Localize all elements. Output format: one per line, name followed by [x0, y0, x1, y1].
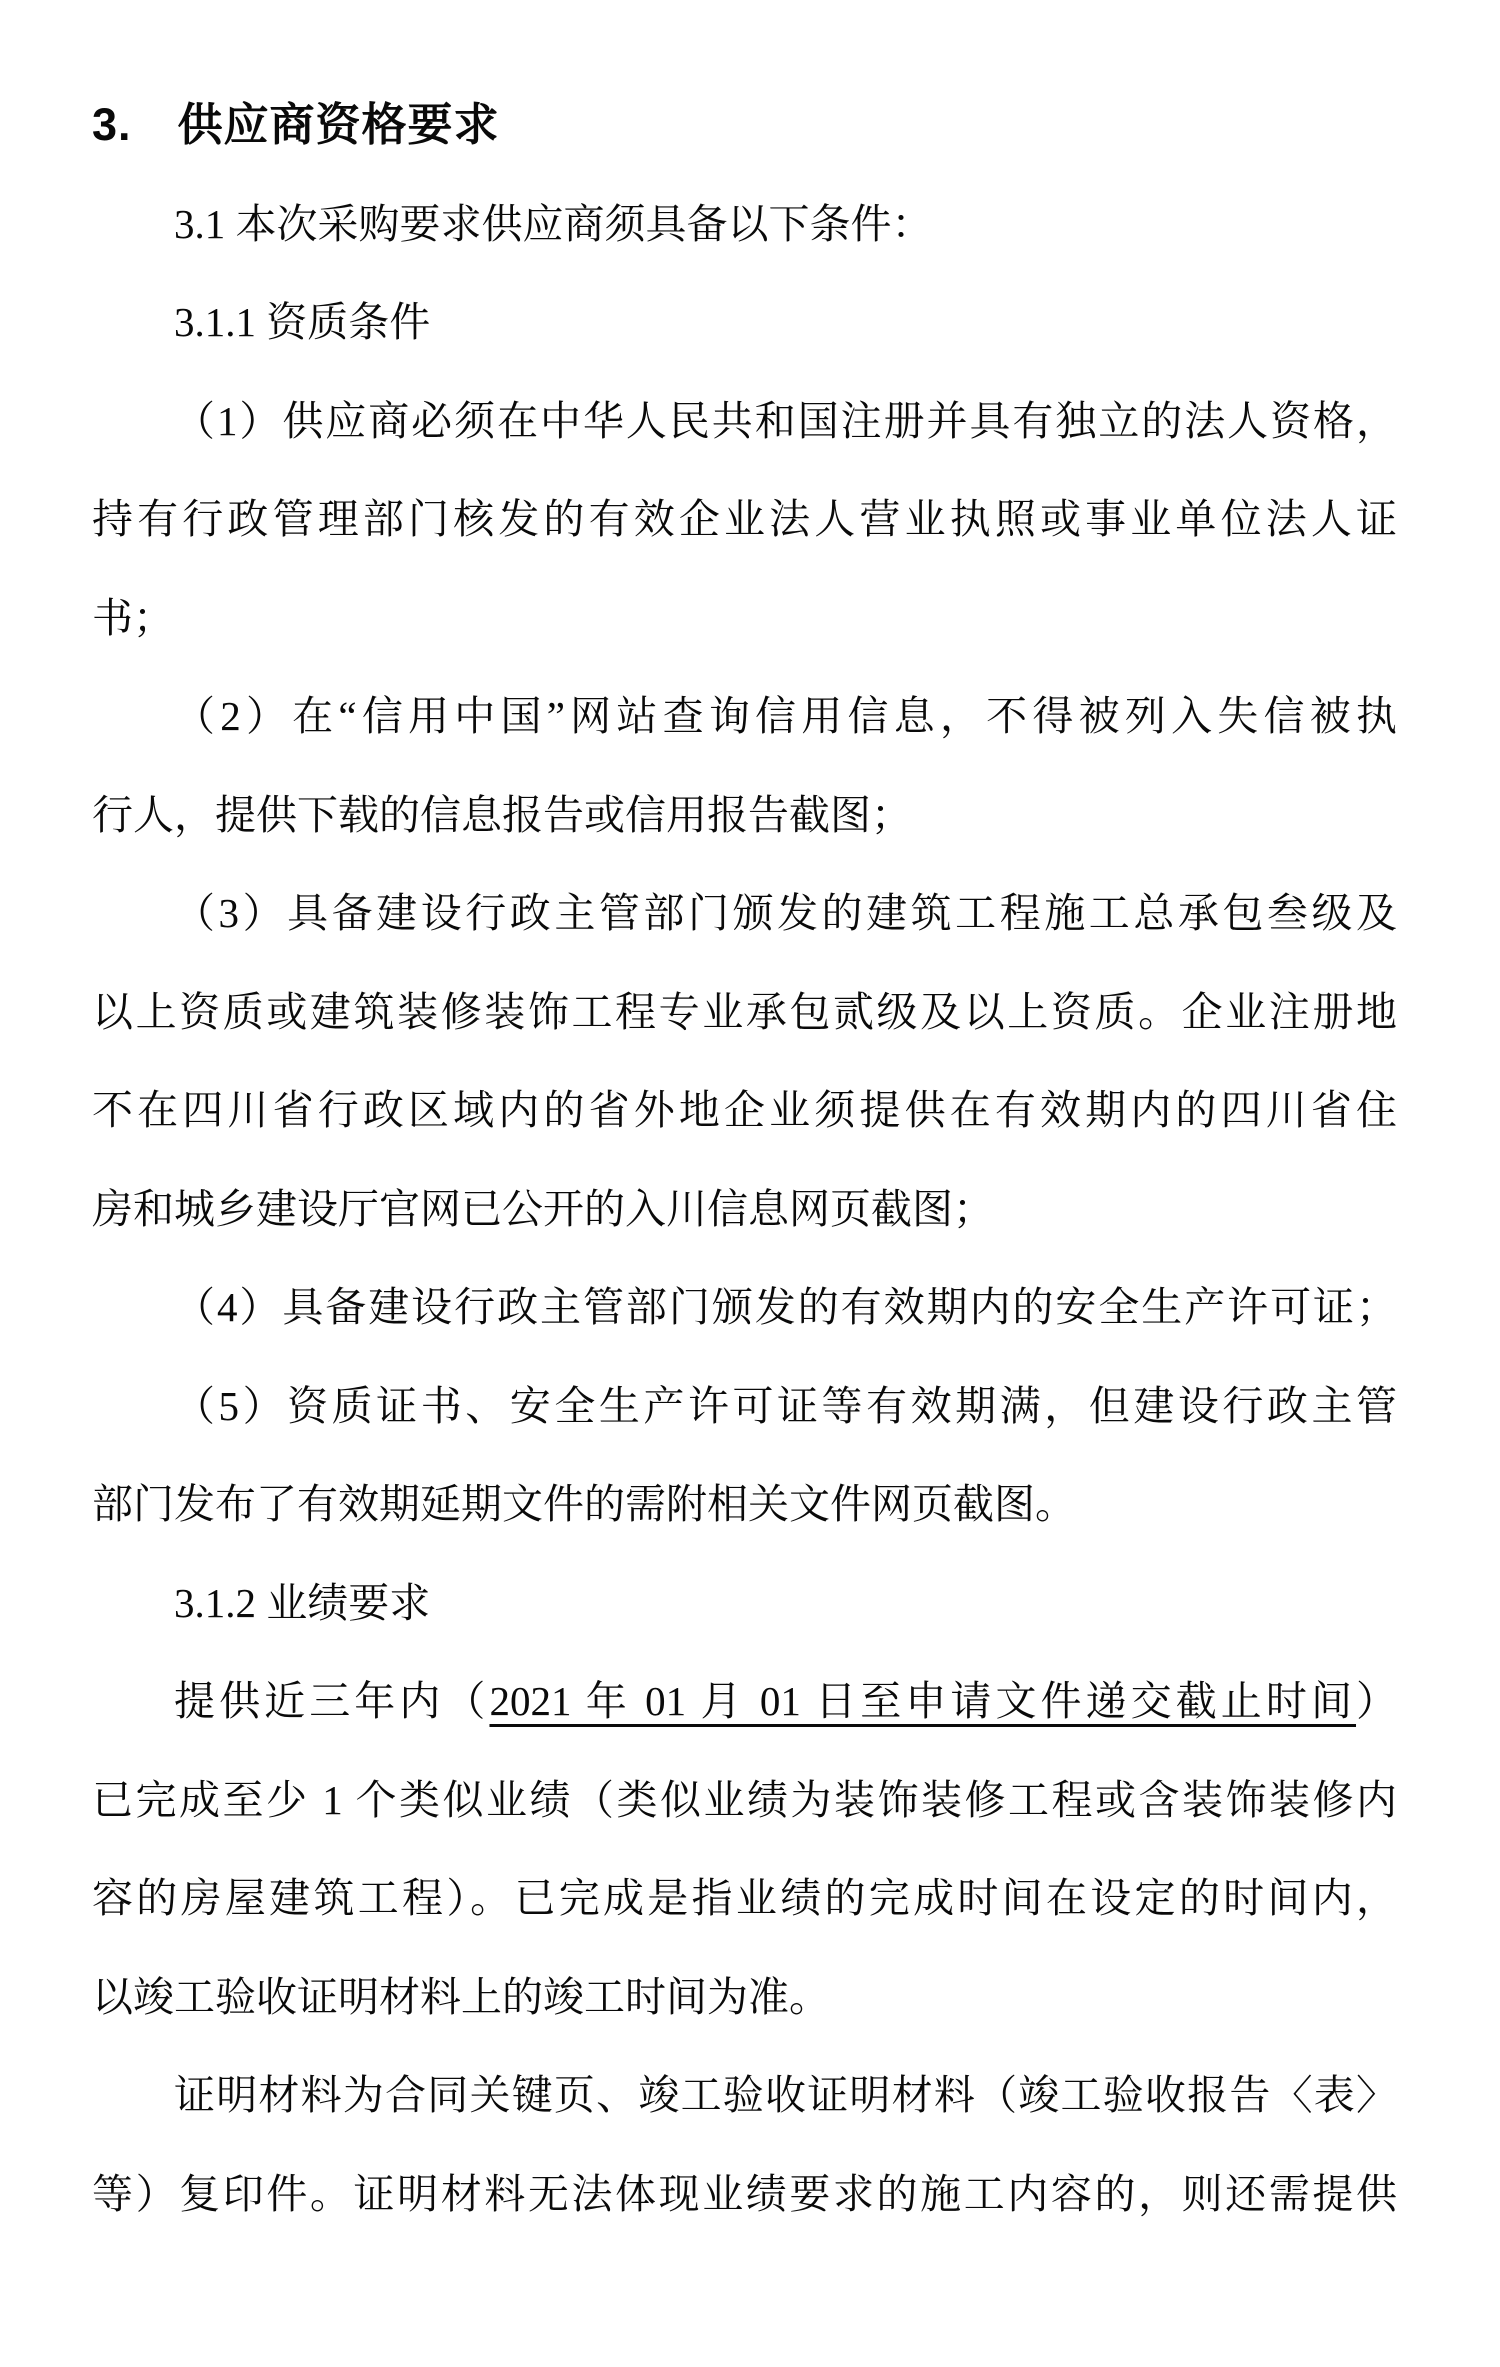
text-run: （5）资质证书、安全生产许可证等有效期满，但建设行政主管	[174, 1383, 1397, 1429]
qualification-item-2-line-2: 行人，提供下载的信息报告或信用报告截图；	[92, 766, 1397, 865]
text-run: 持有行政管理部门核发的有效企业法人营业执照或事业单位法人证	[92, 496, 1397, 542]
qualification-item-4-line-1: （4）具备建设行政主管部门颁发的有效期内的安全生产许可证；	[92, 1258, 1397, 1357]
text-run: 3.1 本次采购要求供应商须具备以下条件：	[174, 201, 933, 247]
text-run: 部门发布了有效期延期文件的需附相关文件网页截图。	[92, 1481, 1076, 1527]
text-run: 3.1.2 业绩要求	[174, 1580, 430, 1626]
qualification-item-3-line-1: （3）具备建设行政主管部门颁发的建筑工程施工总承包叁级及	[92, 864, 1397, 963]
clause-3-1: 3.1 本次采购要求供应商须具备以下条件：	[92, 175, 1397, 274]
text-run: 房和城乡建设厅官网已公开的入川信息网页截图；	[92, 1186, 994, 1232]
text-run: 等）复印件。证明材料无法体现业绩要求的施工内容的，则还需提供	[92, 2171, 1397, 2217]
evidence-material-line-1: 证明材料为合同关键页、竣工验收证明材料（竣工验收报告〈表〉	[92, 2046, 1397, 2145]
text-run: （3）具备建设行政主管部门颁发的建筑工程施工总承包叁级及	[174, 890, 1397, 936]
text-run: 证明材料为合同关键页、竣工验收证明材料（竣工验收报告〈表〉	[174, 2072, 1397, 2118]
underlined-date-range: 2021 年 01 月 01 日至申请文件递交截止时间	[489, 1678, 1356, 1724]
document-body: 3. 供应商资格要求3.1 本次采购要求供应商须具备以下条件：3.1.1 资质条…	[92, 76, 1397, 2243]
performance-requirement-line-4: 以竣工验收证明材料上的竣工时间为准。	[92, 1948, 1397, 2047]
performance-requirement-line-2: 已完成至少 1 个类似业绩（类似业绩为装饰装修工程或含装饰装修内	[92, 1751, 1397, 1850]
qualification-item-2-line-1: （2）在“信用中国”网站查询信用信息，不得被列入失信被执	[92, 667, 1397, 766]
qualification-item-3-line-3: 不在四川省行政区域内的省外地企业须提供在有效期内的四川省住	[92, 1061, 1397, 1160]
qualification-item-3-line-2: 以上资质或建筑装修装饰工程专业承包贰级及以上资质。企业注册地	[92, 963, 1397, 1062]
text-run: 已完成至少 1 个类似业绩（类似业绩为装饰装修工程或含装饰装修内	[92, 1777, 1397, 1823]
text-run: （4）具备建设行政主管部门颁发的有效期内的安全生产许可证；	[174, 1284, 1397, 1330]
clause-3-1-1-heading: 3.1.1 资质条件	[92, 273, 1397, 372]
text-run: ）	[1356, 1678, 1397, 1724]
text-run: 行人，提供下载的信息报告或信用报告截图；	[92, 792, 912, 838]
clause-3-1-2-heading: 3.1.2 业绩要求	[92, 1554, 1397, 1653]
qualification-item-3-line-4: 房和城乡建设厅官网已公开的入川信息网页截图；	[92, 1160, 1397, 1259]
text-run: 3. 供应商资格要求	[92, 99, 500, 150]
text-run: 书；	[92, 595, 174, 641]
text-run: 容的房屋建筑工程）。已完成是指业绩的完成时间在设定的时间内，	[92, 1875, 1397, 1921]
document-page: 3. 供应商资格要求3.1 本次采购要求供应商须具备以下条件：3.1.1 资质条…	[0, 0, 1500, 2367]
qualification-item-5-line-2: 部门发布了有效期延期文件的需附相关文件网页截图。	[92, 1455, 1397, 1554]
text-run: （1）供应商必须在中华人民共和国注册并具有独立的法人资格，	[174, 398, 1397, 444]
qualification-item-1-line-3: 书；	[92, 569, 1397, 668]
performance-requirement-line-3: 容的房屋建筑工程）。已完成是指业绩的完成时间在设定的时间内，	[92, 1849, 1397, 1948]
text-run: 不在四川省行政区域内的省外地企业须提供在有效期内的四川省住	[92, 1087, 1397, 1133]
text-run: 以上资质或建筑装修装饰工程专业承包贰级及以上资质。企业注册地	[92, 989, 1397, 1035]
text-run: 提供近三年内（	[174, 1678, 489, 1724]
qualification-item-1-line-1: （1）供应商必须在中华人民共和国注册并具有独立的法人资格，	[92, 372, 1397, 471]
section-heading-3: 3. 供应商资格要求	[92, 76, 1397, 175]
text-run: （2）在“信用中国”网站查询信用信息，不得被列入失信被执	[174, 693, 1397, 739]
qualification-item-5-line-1: （5）资质证书、安全生产许可证等有效期满，但建设行政主管	[92, 1357, 1397, 1456]
text-run: 3.1.1 资质条件	[174, 299, 430, 345]
text-run: 以竣工验收证明材料上的竣工时间为准。	[92, 1974, 830, 2020]
evidence-material-line-2: 等）复印件。证明材料无法体现业绩要求的施工内容的，则还需提供	[92, 2145, 1397, 2244]
qualification-item-1-line-2: 持有行政管理部门核发的有效企业法人营业执照或事业单位法人证	[92, 470, 1397, 569]
performance-requirement-line-1: 提供近三年内（2021 年 01 月 01 日至申请文件递交截止时间）	[92, 1652, 1397, 1751]
